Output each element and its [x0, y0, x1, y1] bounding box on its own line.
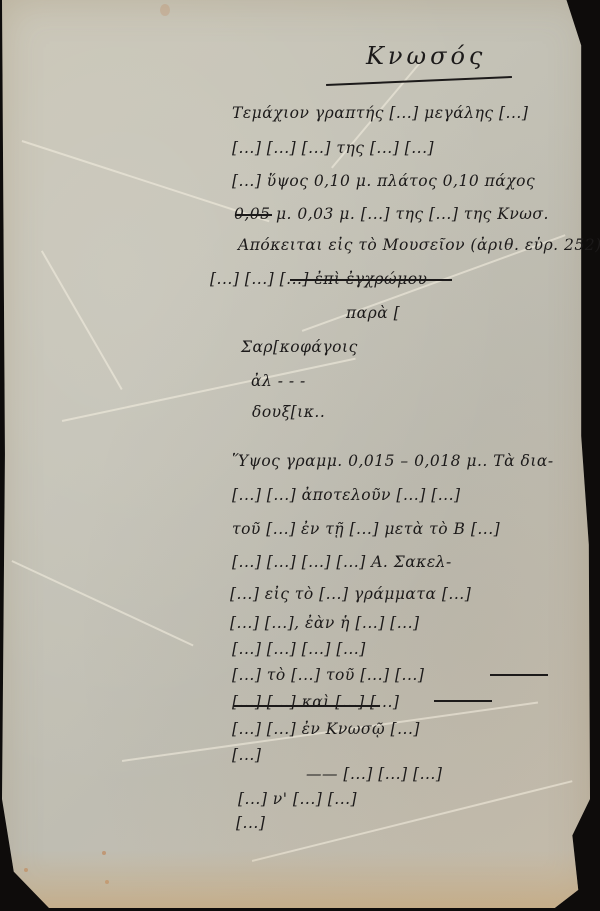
text-line: 0,05 μ. 0,03 μ. [...] της [...] της Κνωσ…: [234, 205, 549, 223]
text-line: —— [...] [...] [...]: [306, 765, 442, 783]
text-line: [...] τὸ [...] τοῦ [...] [...]: [232, 666, 424, 684]
list-item: ἀλ - - -: [251, 372, 306, 390]
strikethrough-mark: [236, 214, 272, 216]
text-line: [...] ὕψος 0,10 μ. πλάτος 0,10 πάχος: [232, 172, 535, 190]
edge-discoloration: [2, 850, 590, 908]
text-line: [...] ν' [...] [...]: [238, 790, 357, 808]
text-line: [...] [...] καὶ [...] [...]: [232, 693, 399, 711]
underline-mark: [234, 705, 380, 707]
strikethrough-mark: [490, 674, 548, 676]
strikethrough-mark: [434, 700, 492, 702]
text-line: [...] [...], ἐὰν ἡ [...] [...]: [230, 614, 420, 632]
text-line: Ὕψος γραμμ. 0,015 – 0,018 μ.. Τὰ δια-: [232, 452, 554, 470]
scanned-document: Κνωσός Τεμάχιον γραπτής [...] μεγάλης [.…: [0, 0, 600, 911]
strikethrough-mark: [290, 279, 452, 281]
paper-crease: [12, 560, 194, 646]
text-line: Τεμάχιον γραπτής [...] μεγάλης [...]: [232, 104, 528, 122]
list-item: Σαρ[κοφάγοις: [241, 338, 358, 356]
text-line: [...] [...] [...] της [...] [...]: [232, 139, 434, 157]
text-line: [...] [...] ἀποτελοῦν [...] [...]: [232, 486, 461, 504]
text-line: παρὰ [: [346, 304, 400, 322]
text-line: [...] [...] ἐν Κνωσῷ [...]: [232, 720, 420, 738]
list-item: δουξ[ικ..: [252, 403, 325, 421]
text-line: [...]: [236, 814, 265, 832]
stain: [160, 4, 170, 16]
text-line: [...] [...] [...] [...] Α. Σακελ-: [232, 553, 452, 571]
text-line: τοῦ [...] ἐν τῇ [...] μετὰ τὸ Β [...]: [232, 520, 500, 538]
text-line: [...] εἰς τὸ [...] γράμματα [...]: [230, 585, 471, 603]
paper-crease: [41, 250, 122, 389]
text-line: [...] [...] [...] [...]: [232, 640, 366, 658]
text-line: Απόκειται εἰς τὸ Μουσεῖον (ἀριθ. εὑρ. 25…: [238, 236, 600, 254]
text-line: [...]: [232, 746, 261, 764]
document-title: Κνωσός: [366, 42, 486, 70]
